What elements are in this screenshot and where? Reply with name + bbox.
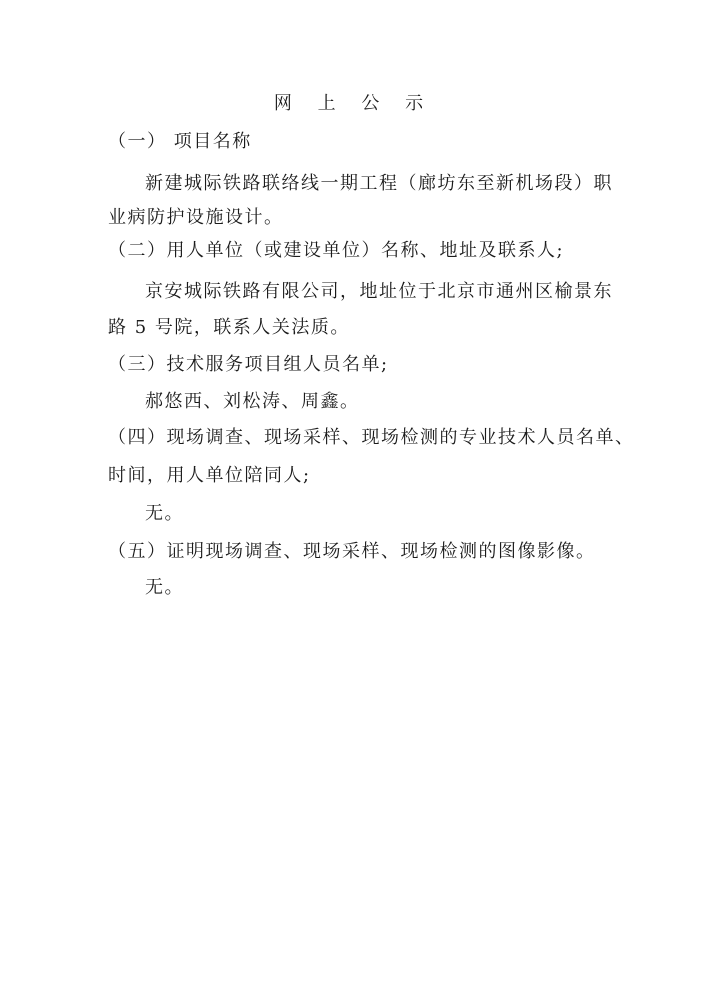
- section-5-body-line-1: 无。: [145, 577, 184, 599]
- section-2-body-line-2: 路 5 号院，联系人关法质。: [108, 317, 350, 339]
- section-2-heading: （二）用人单位（或建设单位）名称、地址及联系人;: [108, 240, 564, 262]
- section-4-heading-line-1: （四）现场调查、现场采样、现场检测的专业技术人员名单、: [108, 427, 635, 449]
- section-5-heading: （五）证明现场调查、现场采样、现场检测的图像影像。: [108, 541, 596, 563]
- document-page: 网 上 公 示 （一） 项目名称 新建城际铁路联络线一期工程（廊坊东至新机场段）…: [0, 0, 707, 1000]
- document-title: 网 上 公 示: [0, 93, 707, 115]
- section-2-body-line-1: 京安城际铁路有限公司，地址位于北京市通州区榆景东: [145, 281, 613, 303]
- section-3-heading: （三）技术服务项目组人员名单;: [108, 354, 389, 376]
- section-3-body-line-1: 郝悠西、刘松涛、周鑫。: [145, 391, 360, 413]
- section-1-body-line-2: 业病防护设施设计。: [108, 207, 284, 229]
- section-4-heading-line-2: 时间，用人单位陪同人;: [108, 465, 311, 487]
- section-4-body-line-1: 无。: [145, 503, 184, 525]
- section-1-heading: （一） 项目名称: [108, 131, 252, 153]
- section-1-body-line-1: 新建城际铁路联络线一期工程（廊坊东至新机场段）职: [145, 173, 613, 195]
